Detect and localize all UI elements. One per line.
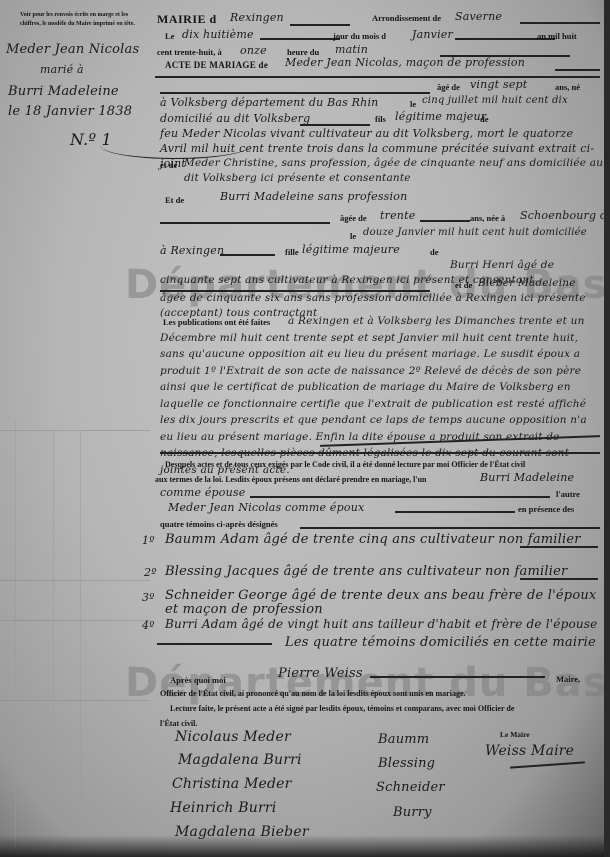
signature-witness-4: Burry bbox=[393, 805, 432, 820]
groom-domicile: domicilié au dit Volksberg bbox=[160, 112, 310, 125]
hour-value: onze bbox=[240, 44, 267, 57]
groom-born-label: ans, né bbox=[555, 82, 580, 92]
page-shadow-bottom bbox=[0, 835, 610, 857]
groom-mother: Meder Christine, sans profession, âgée d… bbox=[184, 156, 604, 186]
closing-line2: Officier de l'État civil, ai prononcé qu… bbox=[160, 689, 466, 698]
year-label: an mil huit bbox=[537, 31, 577, 41]
arrondissement-value: Saverne bbox=[455, 10, 502, 23]
year-line2: cent trente-huit, à bbox=[157, 47, 222, 57]
groom-name: Meder Jean Nicolas, maçon de profession bbox=[285, 56, 525, 69]
margin-married-to: marié à bbox=[40, 63, 84, 76]
witness-1: Baumm Adam âgé de trente cinq ans cultiv… bbox=[165, 532, 581, 547]
arrondissement-label: Arrondissement de bbox=[372, 13, 441, 23]
closing-line3: Lecture faite, le présent acte a été sig… bbox=[170, 704, 514, 713]
register-page: Département du Bas-Rhin Département du B… bbox=[0, 0, 610, 857]
witnesses-domicile: Les quatre témoins domiciliés en cette m… bbox=[285, 635, 596, 650]
witness-2: Blessing Jacques âgé de trente ans culti… bbox=[165, 564, 567, 579]
spouse1-name: Burri Madeleine bbox=[480, 471, 574, 484]
bride-daughter-label: fille bbox=[285, 247, 299, 257]
groom-son-value: légitime majeur bbox=[395, 110, 486, 123]
witness-4: Burri Adam âgé de vingt huit ans tailleu… bbox=[165, 617, 597, 631]
bride-birthdate-label: le bbox=[350, 231, 356, 241]
signature-mayor: Weiss Maire bbox=[485, 743, 574, 759]
bride-born-label: ans, née à bbox=[470, 213, 505, 223]
groom-birthdate-value: cinq juillet mil huit cent dix bbox=[422, 95, 568, 106]
le-maire-label: Le Maire bbox=[500, 730, 530, 739]
signature-bride: Magdalena Burri bbox=[178, 752, 302, 768]
signature-witness-1: Baumm bbox=[378, 732, 429, 747]
bride-age-value: trente bbox=[380, 209, 415, 222]
margin-date: le 18 Janvier 1838 bbox=[8, 104, 132, 119]
groom-son-label: fils bbox=[375, 114, 386, 124]
maire-label: Maire, bbox=[556, 674, 580, 684]
groom-birthdate-label: le bbox=[410, 99, 416, 109]
margin-bride-name: Burri Madeleine bbox=[8, 84, 119, 99]
page-edge-right bbox=[604, 0, 610, 857]
spouse1-role: comme épouse bbox=[160, 486, 245, 499]
witnesses-label: quatre témoins ci-après désignés bbox=[160, 519, 278, 529]
period-value: matin bbox=[335, 43, 368, 56]
mairie-value: Rexingen bbox=[230, 11, 284, 24]
acte-label: ACTE DE MARIAGE de bbox=[165, 60, 268, 70]
bride-domicile: à Rexingen bbox=[160, 244, 224, 257]
signature-witness-3: Schneider bbox=[376, 780, 445, 795]
groom-mother-label: et de bbox=[160, 160, 177, 170]
groom-birthplace: à Volksberg département du Bas Rhin bbox=[160, 96, 378, 109]
mayor-name: Pierre Weiss bbox=[278, 666, 363, 681]
month-label: jour du mois d bbox=[333, 31, 386, 41]
bride-age-label: âgée de bbox=[340, 213, 367, 223]
other-label: l'autre bbox=[556, 489, 580, 499]
day-prefix: Le bbox=[165, 31, 174, 41]
code-civil-line2: aux termes de la loi. Lesdits époux prés… bbox=[155, 475, 426, 484]
witness-4-number: 4º bbox=[142, 619, 155, 632]
closing-line4: l'État civil. bbox=[160, 719, 197, 728]
bride-name: Burri Madeleine sans profession bbox=[220, 190, 407, 203]
witness-3-number: 3º bbox=[142, 591, 155, 604]
spouse2-name: Meder Jean Nicolas comme époux bbox=[168, 501, 364, 514]
signature-bride-father: Heinrich Burri bbox=[170, 800, 276, 816]
apres-label: Après quoi moi bbox=[170, 675, 226, 685]
margin-note-line2: chiffres, le modèle du Maire imprimé en … bbox=[20, 21, 135, 27]
day-value: dix huitième bbox=[182, 28, 254, 41]
margin-groom-name: Meder Jean Nicolas bbox=[6, 42, 139, 57]
witness-1-number: 1º bbox=[142, 534, 155, 547]
bride-birthplace-top: Schoenbourg département du Bas Rhin bbox=[520, 209, 610, 222]
bride-daughter-value: légitime majeure bbox=[302, 243, 400, 256]
signature-witness-2: Blessing bbox=[378, 756, 435, 771]
groom-of-label: de bbox=[480, 114, 489, 124]
bride-label: Et de bbox=[165, 195, 184, 205]
groom-age-label: âgé de bbox=[437, 82, 460, 92]
witness-3: Schneider George âgé de trente deux ans … bbox=[165, 589, 600, 617]
witness-2-number: 2º bbox=[144, 566, 157, 579]
mairie-label: MAIRIE d bbox=[157, 12, 217, 27]
bride-of-label: de bbox=[430, 247, 439, 257]
signature-groom: Nicolaus Meder bbox=[175, 729, 291, 745]
signature-groom-mother: Christina Meder bbox=[172, 776, 292, 792]
presence-label: en présence des bbox=[518, 504, 574, 514]
bride-birthdate-value: douze Janvier mil huit cent huit domicil… bbox=[363, 227, 587, 238]
groom-age-value: vingt sept bbox=[470, 78, 527, 91]
margin-note-line1: Voir pour les renvois écrits en marge et… bbox=[20, 12, 128, 18]
code-civil-line1: Desquels actes et de tous ceux exigés pa… bbox=[165, 460, 525, 469]
month-value: Janvier bbox=[412, 28, 453, 41]
